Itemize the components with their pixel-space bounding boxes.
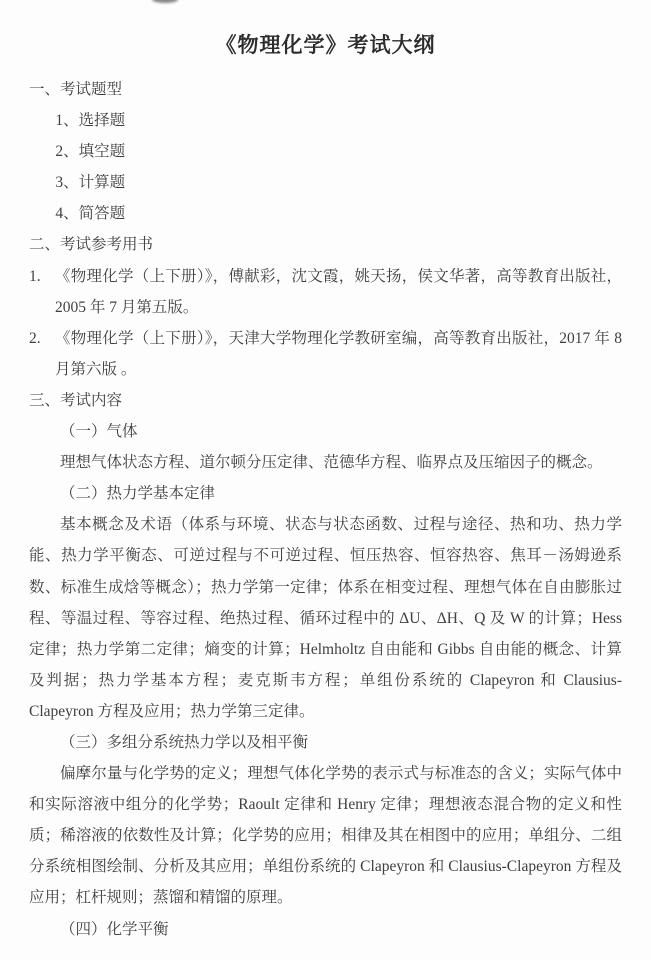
- page-title: 《物理化学》考试大纲: [0, 0, 651, 59]
- subsection-label-multicomponent: （三）多组分系统热力学以及相平衡: [29, 727, 622, 758]
- subsection-body-gases: 理想气体状态方程、道尔顿分压定律、范德华方程、临界点及压缩因子的概念。: [29, 447, 622, 478]
- reference-item: 1. 《物理化学（上下册）》，傅献彩，沈文霞，姚天扬，侯文华著，高等教育出版社，…: [29, 261, 622, 323]
- section-heading-content: 三、考试内容: [29, 385, 622, 416]
- section-heading-exam-types: 一、考试题型: [29, 74, 622, 105]
- section-heading-references: 二、考试参考用书: [29, 229, 622, 260]
- exam-type-item: 3、计算题: [29, 167, 622, 198]
- subsection-body-multicomponent: 偏摩尔量与化学势的定义；理想气体化学势的表示式与标准态的含义；实际气体中和实际溶…: [29, 758, 622, 913]
- exam-type-item: 4、简答题: [29, 198, 622, 229]
- reference-number: 1.: [29, 261, 55, 323]
- subsection-label-gases: （一）气体: [29, 416, 622, 447]
- exam-type-item: 2、填空题: [29, 136, 622, 167]
- document-page: 《物理化学》考试大纲 一、考试题型 1、选择题 2、填空题 3、计算题 4、简答…: [0, 0, 651, 960]
- reference-number: 2.: [29, 323, 55, 385]
- exam-type-item: 1、选择题: [29, 105, 622, 136]
- subsection-body-thermo-laws: 基本概念及术语（体系与环境、状态与状态函数、过程与途径、热和功、热力学能、热力学…: [29, 509, 622, 727]
- subsection-label-thermo-laws: （二）热力学基本定律: [29, 478, 622, 509]
- subsection-label-chem-equilibrium: （四）化学平衡: [29, 914, 622, 945]
- reference-text: 《物理化学（上下册）》，天津大学物理化学教研室编，高等教育出版社，2017 年 …: [55, 323, 622, 385]
- reference-text: 《物理化学（上下册）》，傅献彩，沈文霞，姚天扬，侯文华著，高等教育出版社，200…: [55, 261, 622, 323]
- reference-item: 2. 《物理化学（上下册）》，天津大学物理化学教研室编，高等教育出版社，2017…: [29, 323, 622, 385]
- document-body: 一、考试题型 1、选择题 2、填空题 3、计算题 4、简答题 二、考试参考用书 …: [0, 59, 651, 945]
